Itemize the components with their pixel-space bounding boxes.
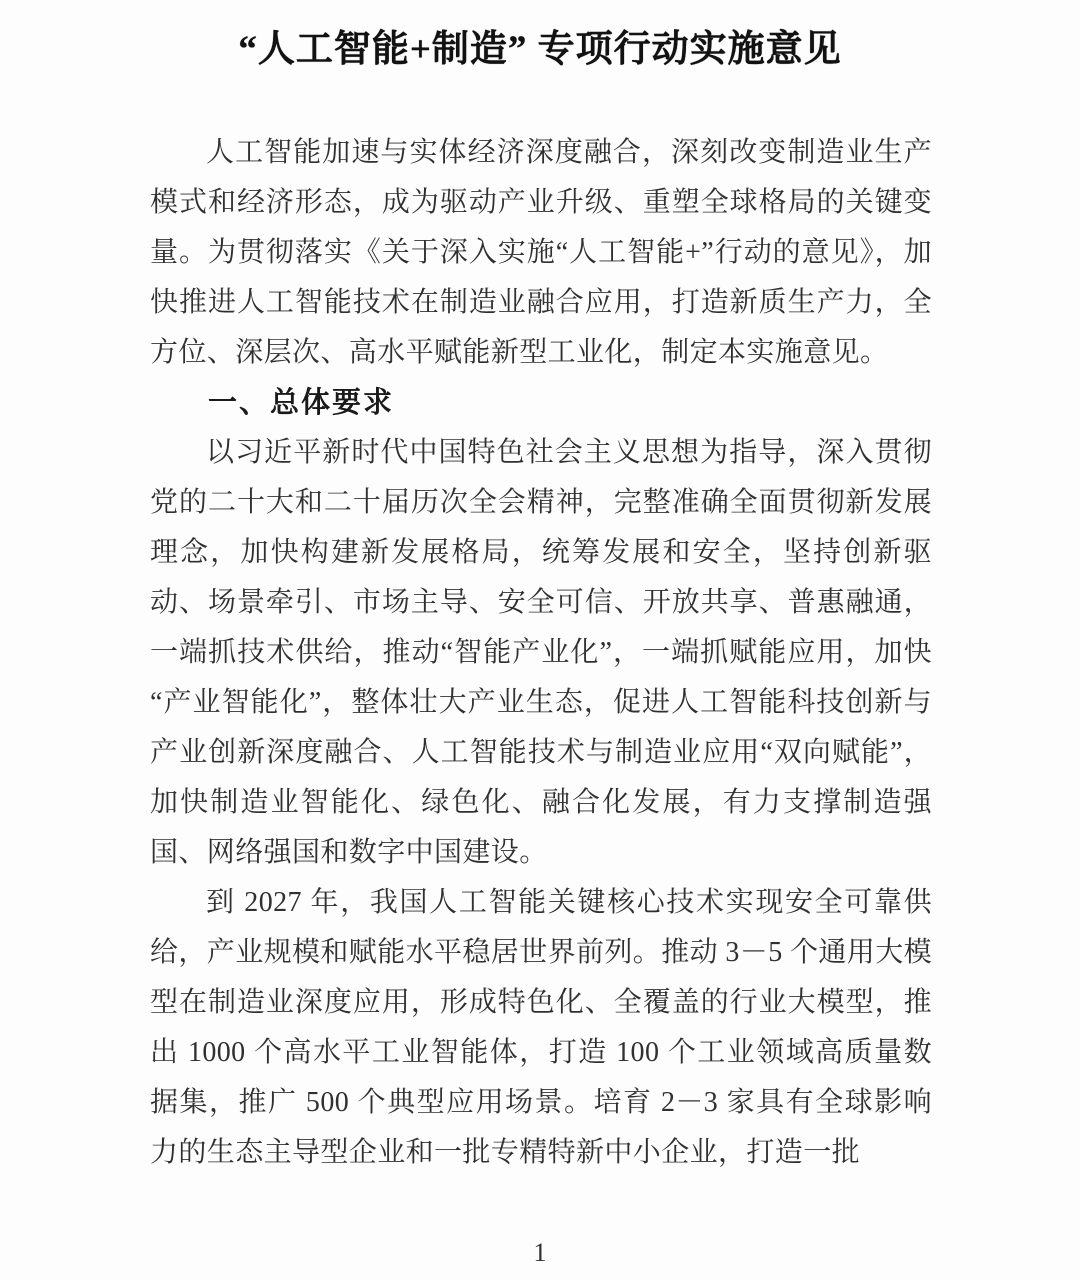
document-body: 人工智能加速与实体经济深度融合，深刻改变制造业生产模式和经济形态，成为驱动产业升… [150,128,932,1178]
paragraph-2027-goals: 到 2027 年，我国人工智能关键核心技术实现安全可靠供给，产业规模和赋能水平稳… [150,878,932,1178]
section-heading-overall-requirements: 一、总体要求 [150,378,932,428]
paragraph-intro: 人工智能加速与实体经济深度融合，深刻改变制造业生产模式和经济形态，成为驱动产业升… [150,128,932,378]
document-page: “人工智能+制造” 专项行动实施意见 人工智能加速与实体经济深度融合，深刻改变制… [0,0,1080,1280]
document-title: “人工智能+制造” 专项行动实施意见 [0,18,1080,72]
paragraph-guiding-ideology: 以习近平新时代中国特色社会主义思想为指导，深入贯彻党的二十大和二十届历次全会精神… [150,428,932,878]
page-number: 1 [0,1238,1080,1268]
